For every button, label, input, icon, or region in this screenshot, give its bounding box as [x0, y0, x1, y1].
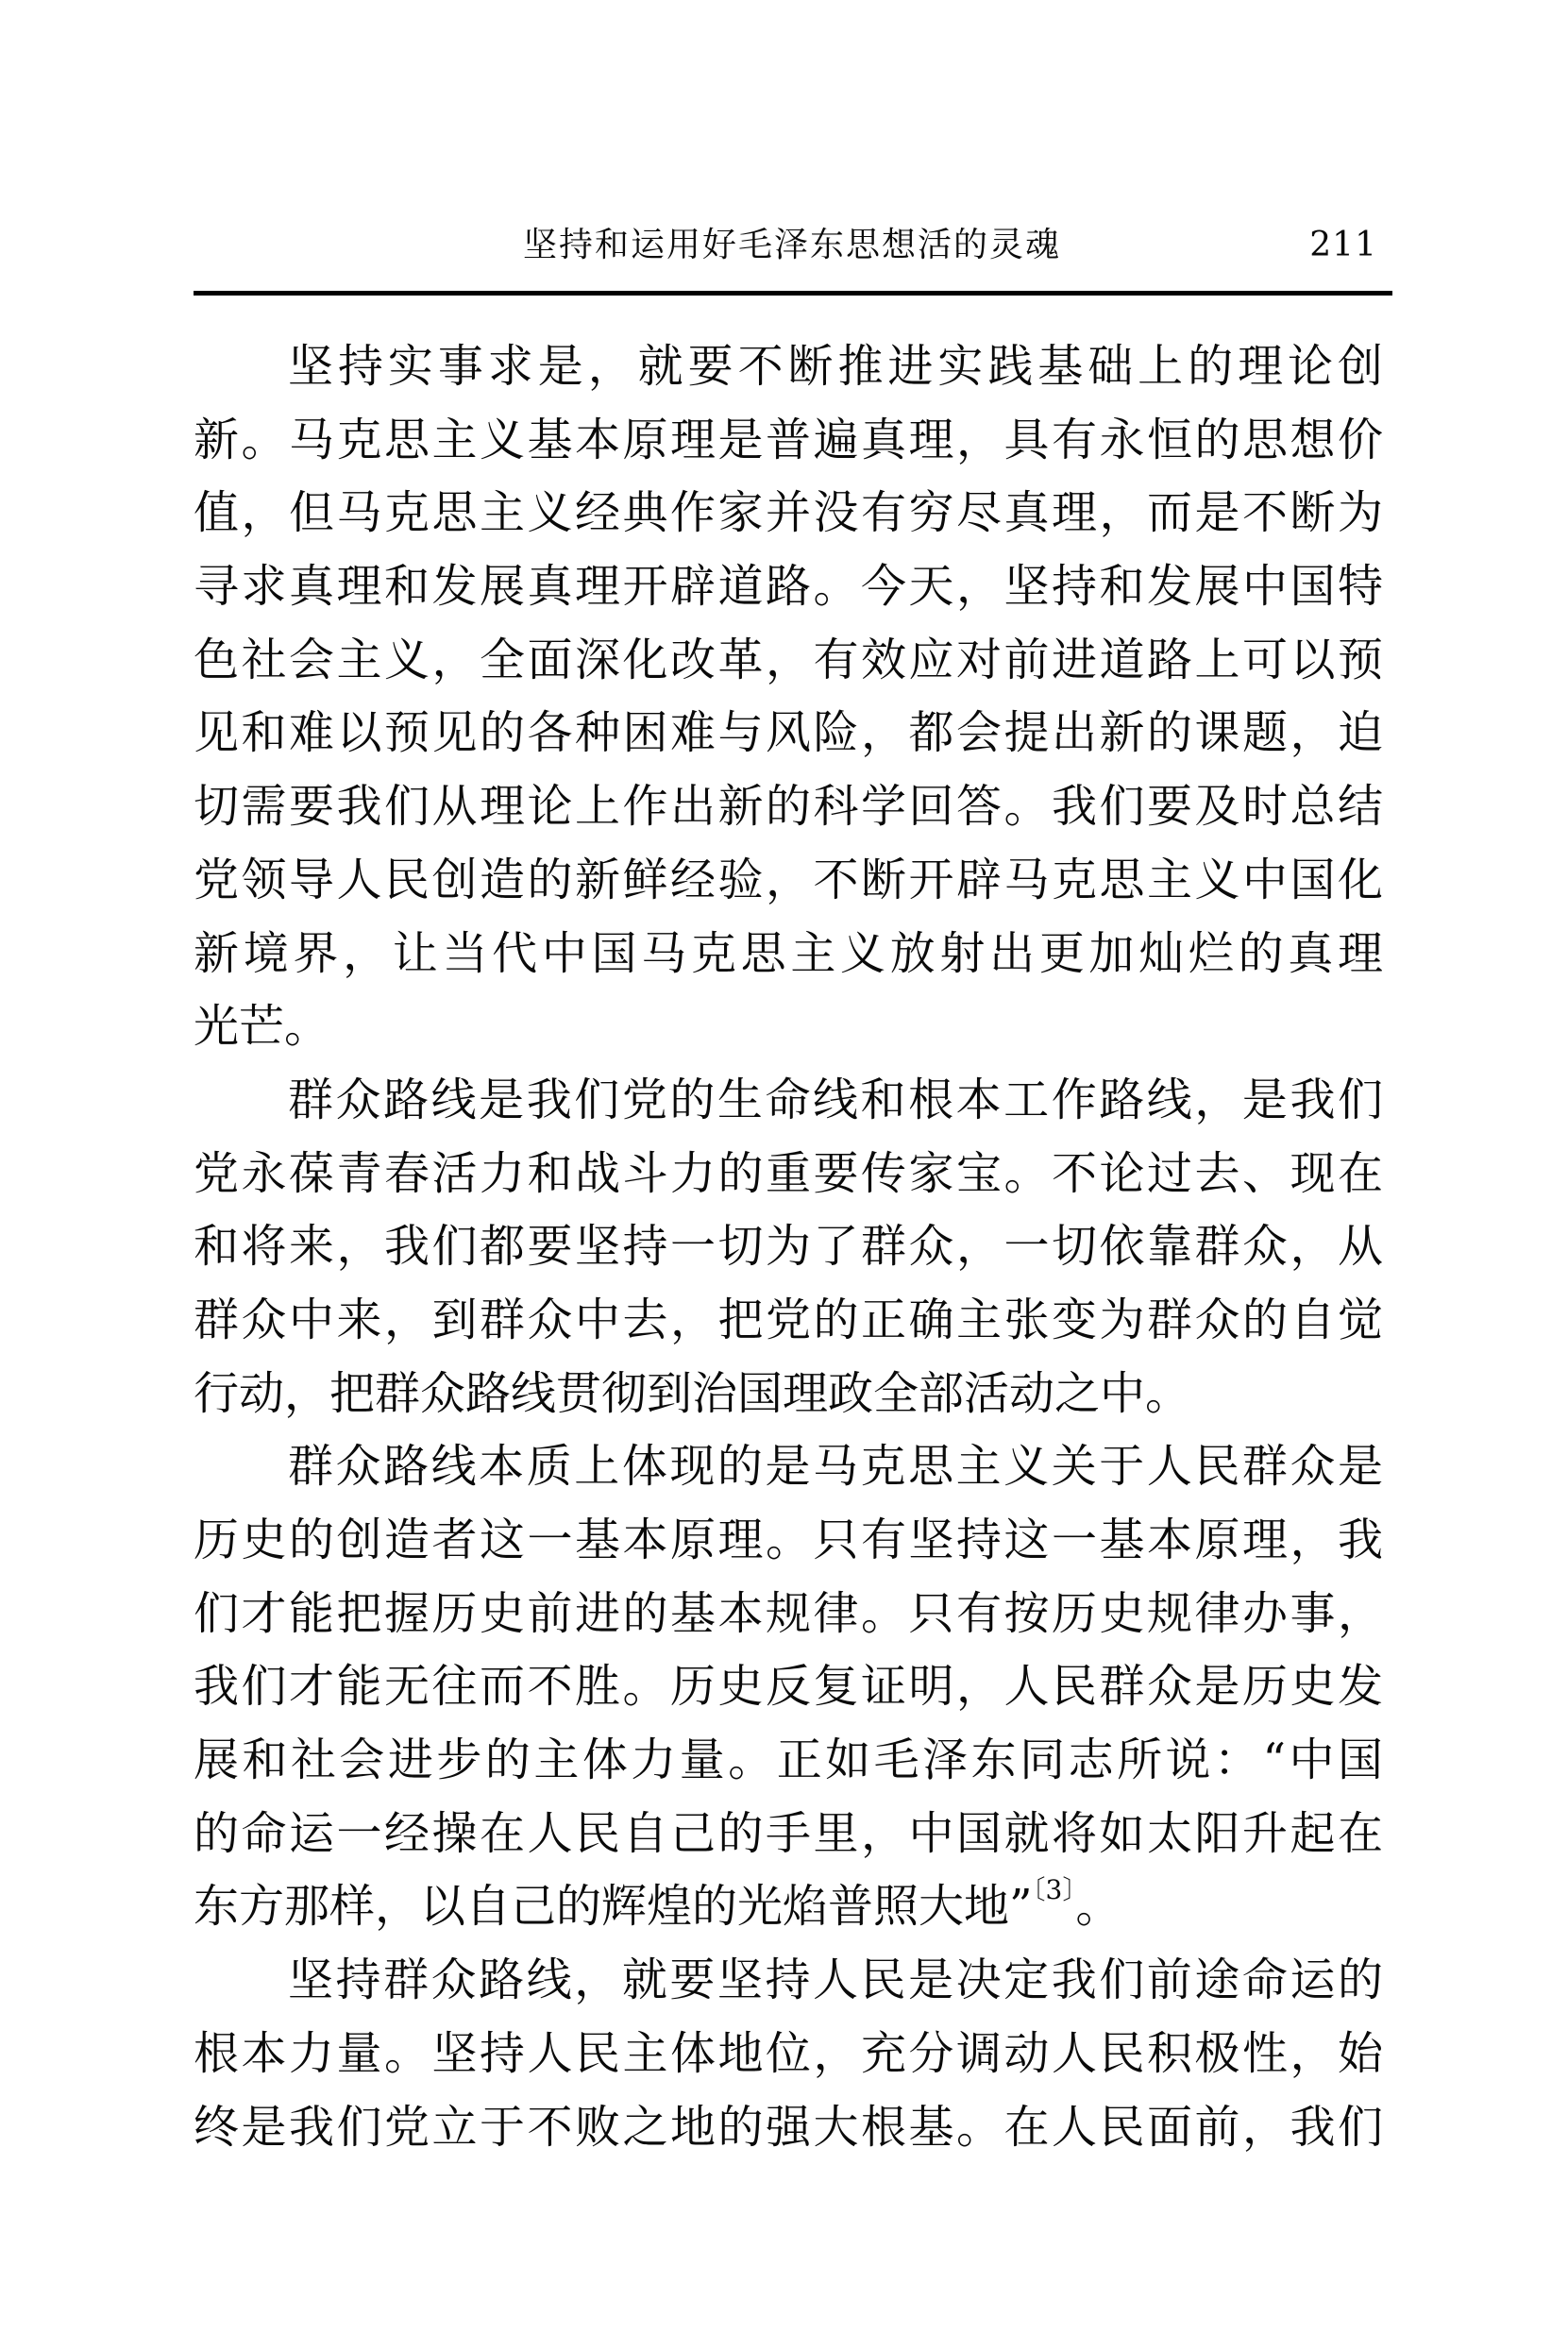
- text-line: 和将来，我们都要坚持一切为了群众，一切依靠群众，从: [194, 1210, 1383, 1284]
- body-text: 坚持实事求是，就要不断推进实践基础上的理论创新。马克思主义基本原理是普遍真理，具…: [194, 330, 1383, 2164]
- text-line: 值，但马克思主义经典作家并没有穷尽真理，而是不断为: [194, 477, 1383, 550]
- text-line: 坚持群众路线，就要坚持人民是决定我们前途命运的: [194, 1944, 1383, 2018]
- text-line: 根本力量。坚持人民主体地位，充分调动人民积极性，始: [194, 2018, 1383, 2091]
- text-line: 见和难以预见的各种困难与风险，都会提出新的课题，迫: [194, 697, 1383, 770]
- text-line: 终是我们党立于不败之地的强大根基。在人民面前，我们: [194, 2091, 1383, 2165]
- text-line: 新。马克思主义基本原理是普遍真理，具有永恒的思想价: [194, 404, 1383, 478]
- text-line: 的命运一经操在人民自己的手里，中国就将如太阳升起在: [194, 1798, 1383, 1871]
- text-line: 群众路线本质上体现的是马克思主义关于人民群众是: [194, 1430, 1383, 1504]
- text-line: 东方那样，以自己的辉煌的光焰普照大地”〔3〕。: [194, 1870, 1383, 1944]
- text-line: 色社会主义，全面深化改革，有效应对前进道路上可以预: [194, 624, 1383, 698]
- text-line: 行动，把群众路线贯彻到治国理政全部活动之中。: [194, 1358, 1383, 1431]
- text-line: 寻求真理和发展真理开辟道路。今天，坚持和发展中国特: [194, 550, 1383, 624]
- text-line: 我们才能无往而不胜。历史反复证明，人民群众是历史发: [194, 1650, 1383, 1724]
- running-header: 坚持和运用好毛泽东思想活的灵魂 211: [194, 225, 1391, 270]
- text-line: 群众中来，到群众中去，把党的正确主张变为群众的自觉: [194, 1284, 1383, 1358]
- text-line: 切需要我们从理论上作出新的科学回答。我们要及时总结: [194, 770, 1383, 844]
- text-line: 党领导人民创造的新鲜经验，不断开辟马克思主义中国化: [194, 844, 1383, 918]
- text-line: 新境界，让当代中国马克思主义放射出更加灿烂的真理: [194, 918, 1383, 991]
- footnote-marker: 〔3〕: [1033, 1874, 1076, 1905]
- text-line: 群众路线是我们党的生命线和根本工作路线，是我们: [194, 1064, 1383, 1138]
- quoted-text: 东方那样，以自己的辉煌的光焰普照大地”: [194, 1880, 1033, 1933]
- book-page: 坚持和运用好毛泽东思想活的灵魂 211 坚持实事求是，就要不断推进实践基础上的理…: [0, 0, 1568, 2334]
- text-line: 坚持实事求是，就要不断推进实践基础上的理论创: [194, 330, 1383, 404]
- text-line: 党永葆青春活力和战斗力的重要传家宝。不论过去、现在: [194, 1138, 1383, 1211]
- chapter-title: 坚持和运用好毛泽东思想活的灵魂: [523, 226, 1061, 264]
- sentence-end: 。: [1075, 1880, 1121, 1933]
- header-rule: [194, 291, 1392, 296]
- text-line: 们才能把握历史前进的基本规律。只有按历史规律办事，: [194, 1578, 1383, 1651]
- page-number: 211: [1309, 225, 1377, 266]
- text-line: 历史的创造者这一基本原理。只有坚持这一基本原理，我: [194, 1504, 1383, 1578]
- text-line: 光芒。: [194, 990, 1383, 1064]
- text-line: 展和社会进步的主体力量。正如毛泽东同志所说：“中国: [194, 1724, 1383, 1798]
